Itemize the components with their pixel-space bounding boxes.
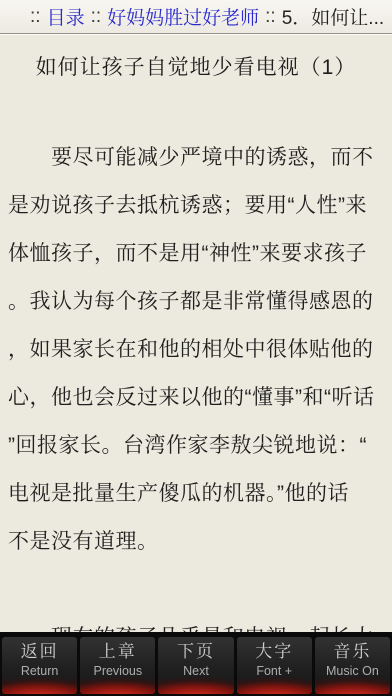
toolbar-button-label-en: Return [21,663,59,680]
toolbar-button-label-zh: 大字 [255,641,293,663]
toolbar-button-music-on[interactable]: 音乐Music On [315,637,390,694]
breadcrumb-link-book[interactable]: 好妈妈胜过好老师 [107,3,259,30]
page-title: 如何让孩子自觉地少看电视（1） [8,44,384,92]
breadcrumb: :: 目录 :: 好妈妈胜过好老师 :: 5．如何让... [0,0,392,34]
reading-area[interactable]: 如何让孩子自觉地少看电视（1） 要尽可能减少严境中的诱惑，而不是劝说孩子去抵杭诱… [0,34,392,696]
toolbar-button-label-zh: 上章 [99,641,137,663]
toolbar-button-label-en: Font + [256,663,292,680]
text-line: 不是没有道理。 [8,518,384,566]
text-line: 电视是批量生产傻瓜的机器。”他的话 [8,470,384,518]
toolbar-button-label-zh: 下页 [177,641,215,663]
text-line: ，如果家长在和他的相处中很体贴他的 [8,326,384,374]
text-line: 要尽可能减少严境中的诱惑，而不 [8,134,384,182]
breadcrumb-separator: :: [30,6,41,28]
text-line: 体恤孩子，而不是用“神性”来要求孩子 [8,230,384,278]
breadcrumb-separator: :: [91,6,102,28]
toolbar-button-label-en: Next [183,663,209,680]
toolbar-button-next[interactable]: 下页Next [158,637,233,694]
breadcrumb-link-toc[interactable]: 目录 [47,3,85,30]
text-line: ”回报家长。台湾作家李敖尖锐地说：“ [8,422,384,470]
toolbar-button-label-zh: 返回 [21,641,59,663]
text-line: 是劝说孩子去抵杭诱惑；要用“人性”来 [8,182,384,230]
toolbar-button-label-en: Music On [326,663,379,680]
bottom-toolbar: 返回Return上章Previous下页Next大字Font +音乐Music … [0,632,392,696]
text-line: 。我认为每个孩子都是非常懂得感恩的 [8,278,384,326]
toolbar-button-label-zh: 音乐 [333,641,371,663]
breadcrumb-separator: :: [265,6,276,28]
toolbar-button-return[interactable]: 返回Return [2,637,77,694]
toolbar-button-previous[interactable]: 上章Previous [80,637,155,694]
paragraph: 要尽可能减少严境中的诱惑，而不是劝说孩子去抵杭诱惑；要用“人性”来体恤孩子，而不… [8,134,384,566]
toolbar-button-label-en: Previous [93,663,142,680]
breadcrumb-chapter-label: 5．如何让... [282,3,384,30]
toolbar-button-font[interactable]: 大字Font + [237,637,312,694]
text-line: 心，他也会反过来以他的“懂事”和“听话 [8,374,384,422]
ebook-reader-screen: :: 目录 :: 好妈妈胜过好老师 :: 5．如何让... 如何让孩子自觉地少看… [0,0,392,696]
